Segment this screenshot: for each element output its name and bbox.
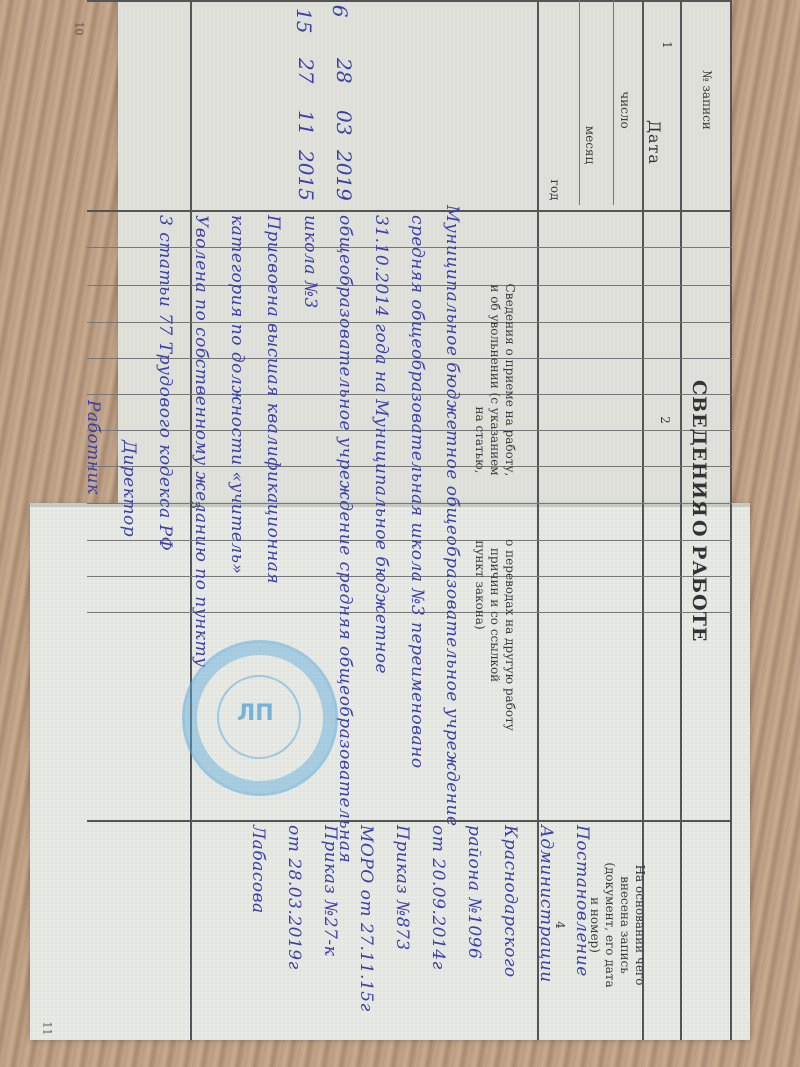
worker-label: Работник <box>83 400 103 495</box>
table-top-border <box>730 0 732 1040</box>
official-stamp: ЛП <box>182 640 338 796</box>
table-left-border <box>87 0 732 2</box>
entry-month: 11 <box>294 110 318 135</box>
entry-day: 27 <box>294 58 318 83</box>
page-number-left: 10 <box>73 22 86 36</box>
entry-text-line: школа №3 <box>300 215 320 309</box>
basis-line: Приказ №873 <box>392 825 412 951</box>
basis-line: Краснодарского <box>500 825 520 978</box>
col1-label: № записи <box>700 30 714 170</box>
entry-number: 16 <box>328 0 352 17</box>
col2-sub-year: год <box>548 170 562 210</box>
col3-label-a: Сведения о приеме на работу, <box>503 260 517 500</box>
column4-border <box>87 820 732 822</box>
entry-text-line: категория по должности «учитель» <box>227 215 247 574</box>
section-title-part2: О РАБОТЕ <box>688 520 710 642</box>
header-divider <box>680 0 682 1040</box>
col3-label-c: на статью, <box>473 380 487 500</box>
col3-label-f: пункт закона) <box>473 515 487 655</box>
col3-label-b: и об увольнении (с указанием <box>488 260 502 500</box>
col2-sub-day: число <box>618 80 632 140</box>
month-year-divider <box>579 0 580 205</box>
basis-line: Постановление <box>572 825 592 977</box>
col1-number: 1 <box>660 30 674 60</box>
basis-line: от 20.09.2014г <box>428 825 448 970</box>
stamp-center-mark: ЛП <box>237 701 274 726</box>
basis-line: Приказ №27-к <box>320 825 340 956</box>
page-number-right: 11 <box>41 1022 54 1036</box>
entry-text-line: Присвоена высшая квалификационная <box>263 215 283 584</box>
entry-text-line: 3 статьи 77 Трудового кодекса РФ <box>155 215 175 551</box>
entry-text-line: общеобразовательное учреждение средняя о… <box>335 215 355 863</box>
col4-label-c: (документ, его дата <box>603 840 617 1010</box>
entry-text-line: 31.10.2014 года на Муниципальное бюджетн… <box>371 215 391 674</box>
entry-day: 28 <box>332 58 356 83</box>
basis-line: от 28.03.2019г <box>284 825 304 970</box>
col3-label-e: причин и со ссылкой <box>488 515 502 715</box>
col4-label-a: На основании чего <box>633 840 647 1010</box>
col2-sub-month: месяц <box>583 115 597 175</box>
entry-year: 2019 <box>332 150 356 201</box>
basis-line: Администрации <box>536 825 556 983</box>
basis-line: МОРО от 27.11.15г <box>356 825 376 1012</box>
entry-number: 15 <box>292 8 316 33</box>
header-row-border <box>87 210 732 212</box>
section-title-part1: СВЕДЕНИЯ <box>688 380 710 518</box>
signature: Лабасова <box>248 825 268 914</box>
entry-text-line: Уволена по собственному желанию по пункт… <box>191 215 211 667</box>
col2-label: Дата <box>645 120 664 165</box>
entry-year: 2015 <box>294 150 318 201</box>
entry-text-line: средняя общеобразовательная школа №3 пер… <box>407 215 427 769</box>
col2-number: 2 <box>658 400 672 440</box>
col3-label-d: о переводах на другую работу <box>503 515 517 755</box>
entry-text-line: Муниципальное бюджетное общеобразователь… <box>442 205 462 827</box>
col4-label-b: внесена запись <box>618 840 632 1010</box>
basis-line: района №1096 <box>464 825 484 959</box>
entry-month: 03 <box>332 110 356 135</box>
day-month-divider <box>613 0 614 205</box>
director-label: Директор <box>119 440 139 537</box>
